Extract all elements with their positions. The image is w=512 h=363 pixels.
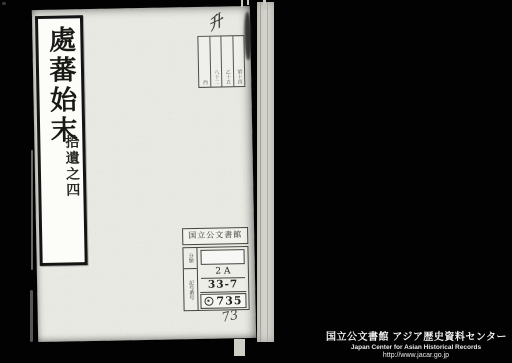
- circle-stamp-icon: [204, 297, 213, 306]
- page-edge-streak: [241, 0, 243, 7]
- book-title: 處蕃始末: [46, 25, 75, 145]
- catalog-field-top: 分類: [183, 248, 196, 269]
- page-edge-streak: [263, 0, 266, 9]
- page-edge-right: [257, 2, 274, 342]
- catalog-stamp-values: 2 A 33-7 735: [197, 247, 248, 310]
- index-label-text: 西: [202, 80, 207, 85]
- index-label-column: 八十二: [209, 37, 221, 87]
- catalog-stamp: 国立公文書館 分類 記号番号 2 A 33-7 735: [182, 227, 250, 311]
- index-label-column: 乙十五: [220, 36, 232, 86]
- catalog-stamp-body: 分類 記号番号 2 A 33-7 735: [182, 246, 249, 311]
- page-edge-bottom: [234, 339, 245, 356]
- index-label-text: 乙十五: [225, 69, 230, 84]
- catalog-field-bottom: 記号番号: [184, 269, 198, 310]
- page-edge-line: [267, 2, 268, 342]
- scanned-book-photo: 處蕃始末 拾遺之四 第十四 乙十五 八十二 西 升 73 国立公文書館: [0, 0, 512, 363]
- book-cover: 處蕃始末 拾遺之四 第十四 乙十五 八十二 西 升 73 国立公文書館: [32, 6, 256, 342]
- catalog-number-main: 735: [216, 294, 242, 307]
- index-label-text: 八十二: [213, 70, 218, 85]
- caption-url: http://www.jacar.go.jp: [326, 352, 506, 359]
- index-label-column: 第十四: [232, 36, 244, 86]
- page-edge-streak: [247, 0, 249, 5]
- handwritten-mark-bottom: 73: [220, 308, 239, 326]
- catalog-number-row2: 33-7: [200, 278, 246, 293]
- page-edge-line: [260, 2, 261, 342]
- catalog-stamp-header: 国立公文書館: [182, 227, 248, 245]
- catalog-number-row3: 735: [200, 293, 246, 309]
- caption-line-en: Japan Center for Asian Historical Record…: [326, 344, 506, 351]
- book-subtitle: 拾遺之四: [64, 134, 79, 198]
- index-label-text: 第十四: [236, 69, 241, 84]
- scan-dust: [30, 290, 33, 342]
- cover-corner-shadow: [244, 12, 252, 60]
- caption-line-ja: 国立公文書館 アジア歴史資料センター: [326, 328, 506, 343]
- index-label: 第十四 乙十五 八十二 西: [197, 35, 245, 88]
- scan-dust: [2, 2, 6, 5]
- catalog-number-row1: 2 A: [201, 265, 245, 279]
- handwritten-mark-top: 升: [206, 8, 224, 35]
- source-caption: 国立公文書館 アジア歴史資料センター Japan Center for Asia…: [326, 328, 506, 359]
- catalog-empty-box: [200, 249, 244, 265]
- catalog-stamp-fields: 分類 記号番号: [183, 248, 198, 310]
- catalog-field-bottom-label: 記号番号: [188, 280, 193, 300]
- catalog-field-top-label: 分類: [188, 253, 193, 263]
- title-strip: 處蕃始末 拾遺之四: [35, 15, 88, 266]
- scan-dust: [31, 150, 33, 270]
